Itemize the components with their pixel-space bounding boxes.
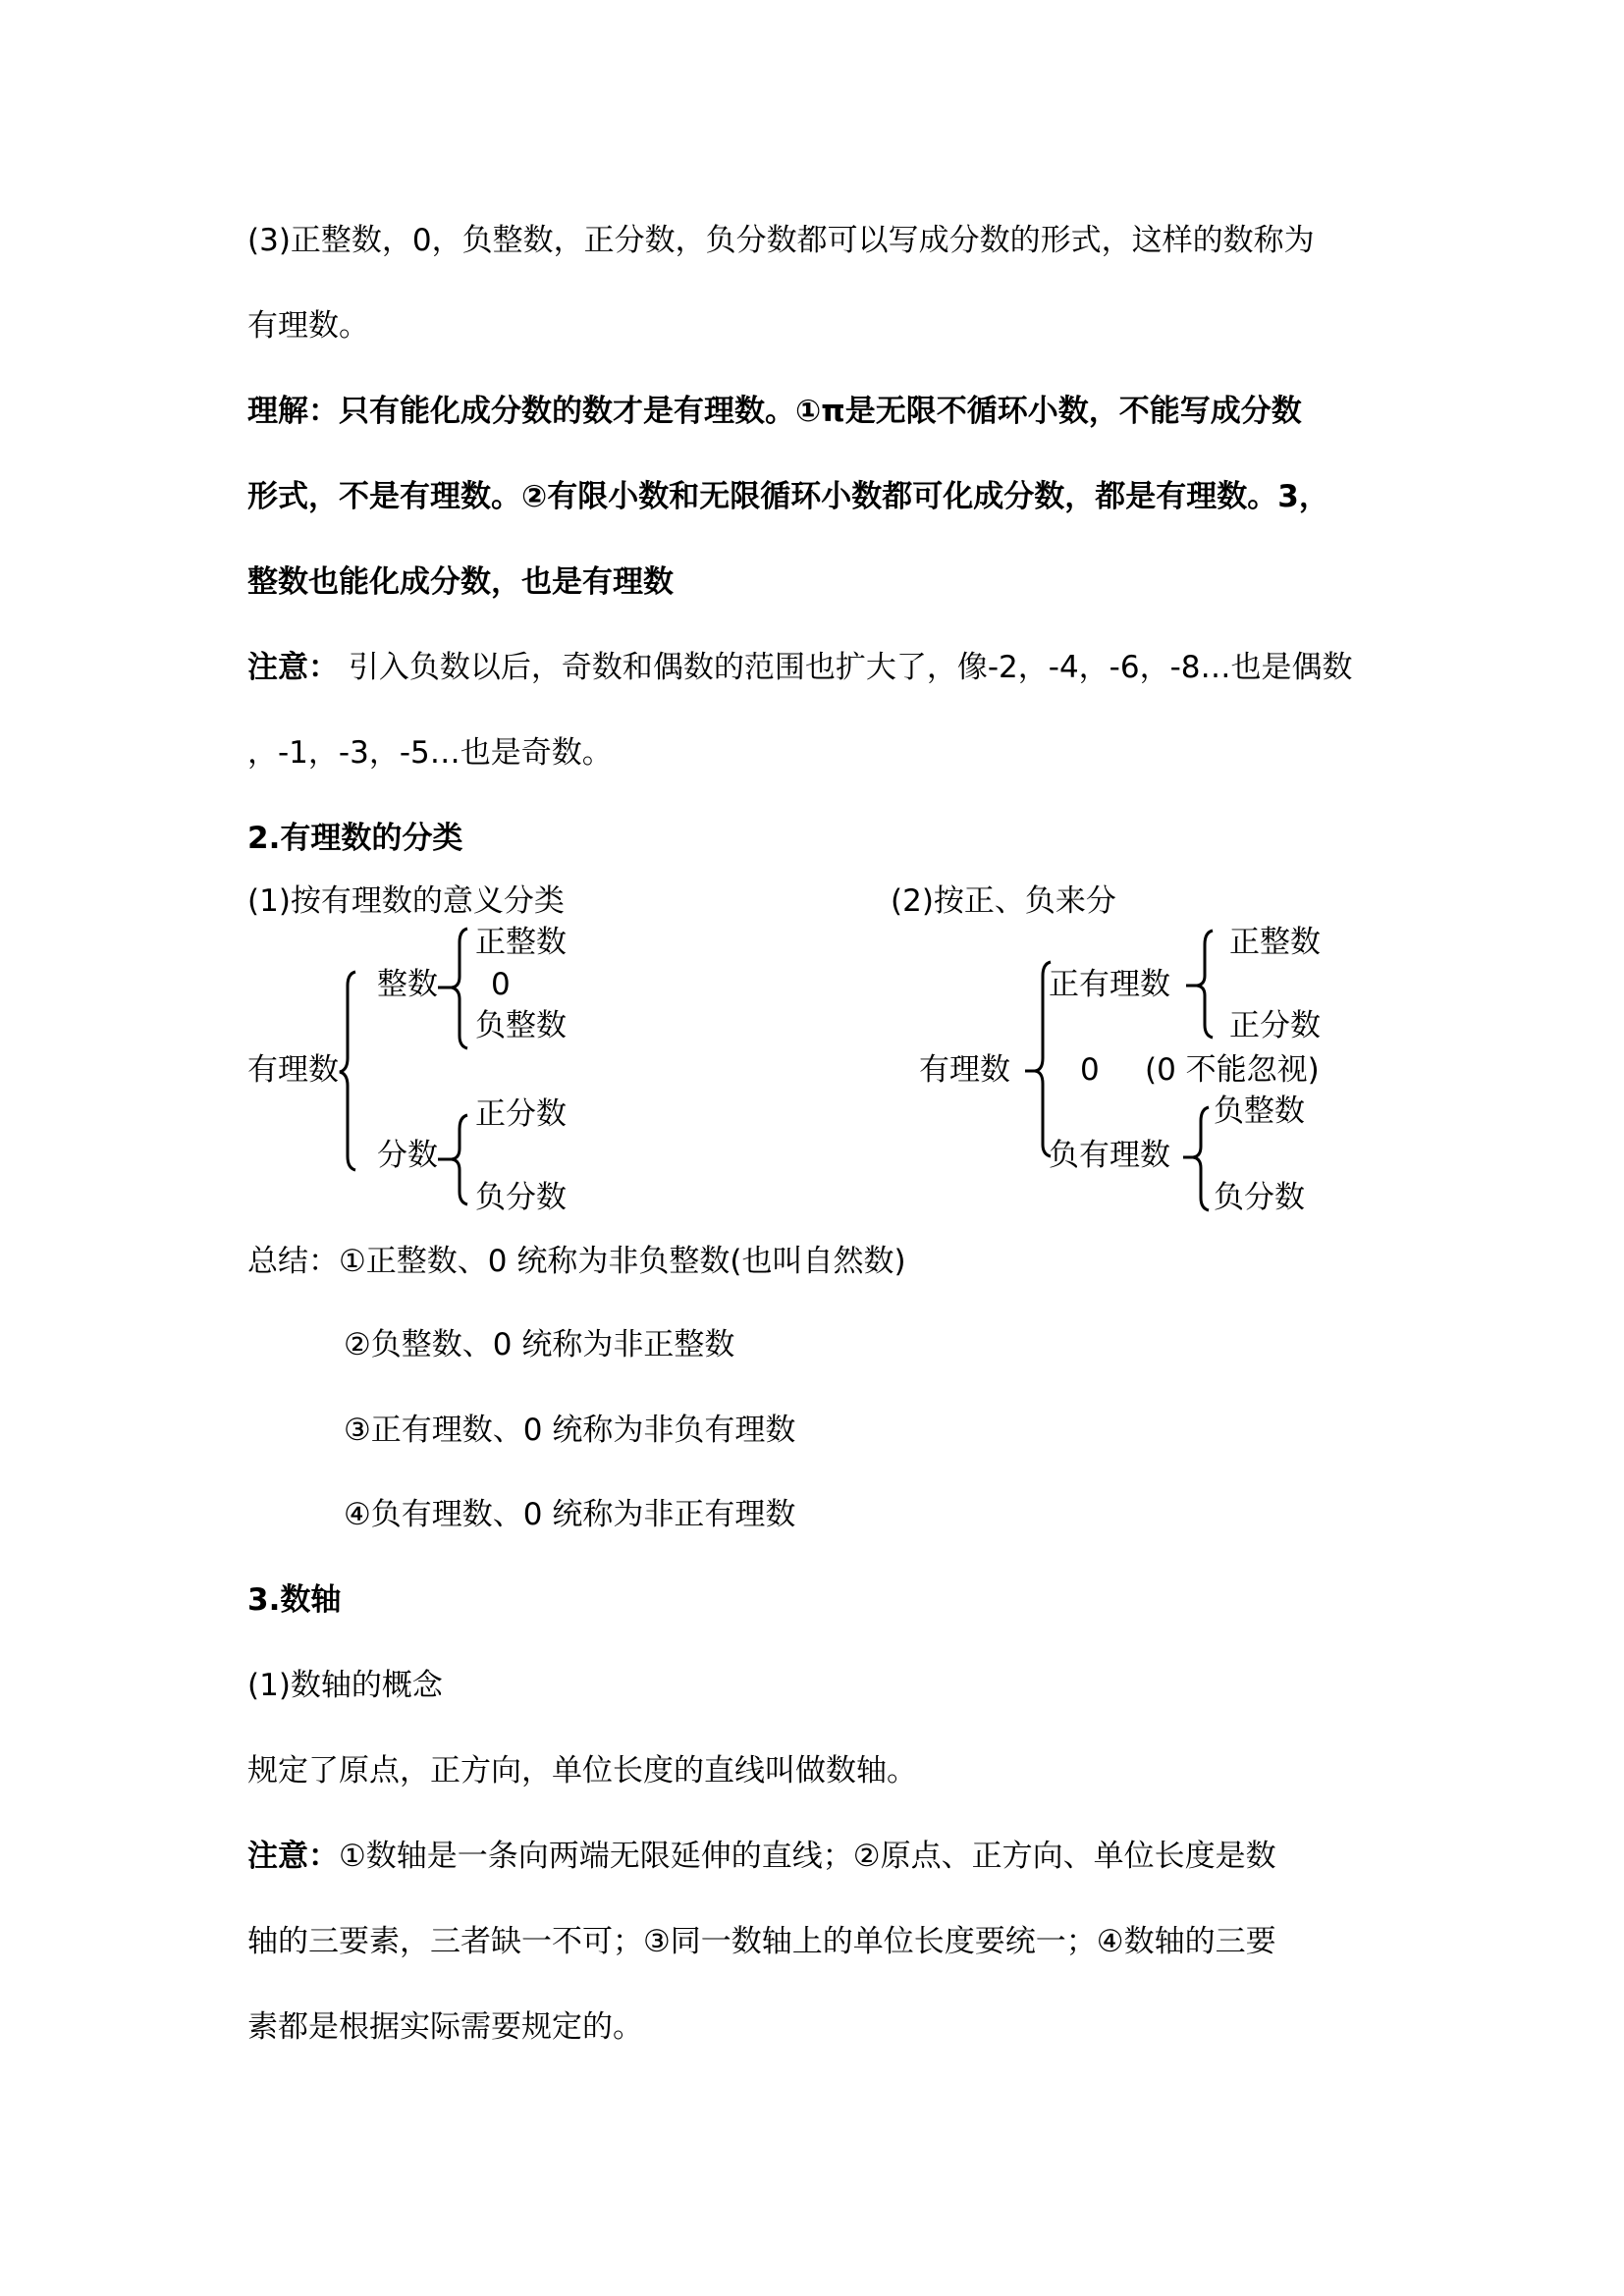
section3-note-line2: 轴的三要素，三者缺一不可；③同一数轴上的单位长度要统一；④数轴的三要 <box>247 1922 1276 1961</box>
section3-note-label: 注意： <box>247 1839 339 1874</box>
summary-item-3: ③正有理数、0 统称为非负有理数 <box>344 1411 795 1450</box>
summary-item-4: ④负有理数、0 统称为非正有理数 <box>344 1495 795 1534</box>
section3-note-line3: 素都是根据实际需要规定的。 <box>247 2007 643 2047</box>
summary-item-2: ②负整数、0 统称为非正整数 <box>344 1325 734 1364</box>
section3-heading: 3.数轴 <box>247 1580 341 1620</box>
brace-icon <box>340 972 355 1170</box>
summary-label: 总结： <box>247 1244 339 1279</box>
summary-line1: 总结：①正整数、0 统称为非负整数(也叫自然数) <box>247 1242 906 1281</box>
brace-icon <box>438 1115 467 1204</box>
section3-definition: 规定了原点，正方向，单位长度的直线叫做数轴。 <box>247 1751 917 1790</box>
brace-icon <box>438 929 467 1048</box>
brace-icon <box>1025 962 1051 1156</box>
brace-icon <box>1183 1107 1209 1210</box>
section3-subheading: (1)数轴的概念 <box>247 1666 443 1705</box>
section3-note-line1: 注意：①数轴是一条向两端无限延伸的直线；②原点、正方向、单位长度是数 <box>247 1837 1276 1876</box>
brace-icon <box>1186 931 1213 1038</box>
classification-braces <box>0 0 1624 1276</box>
